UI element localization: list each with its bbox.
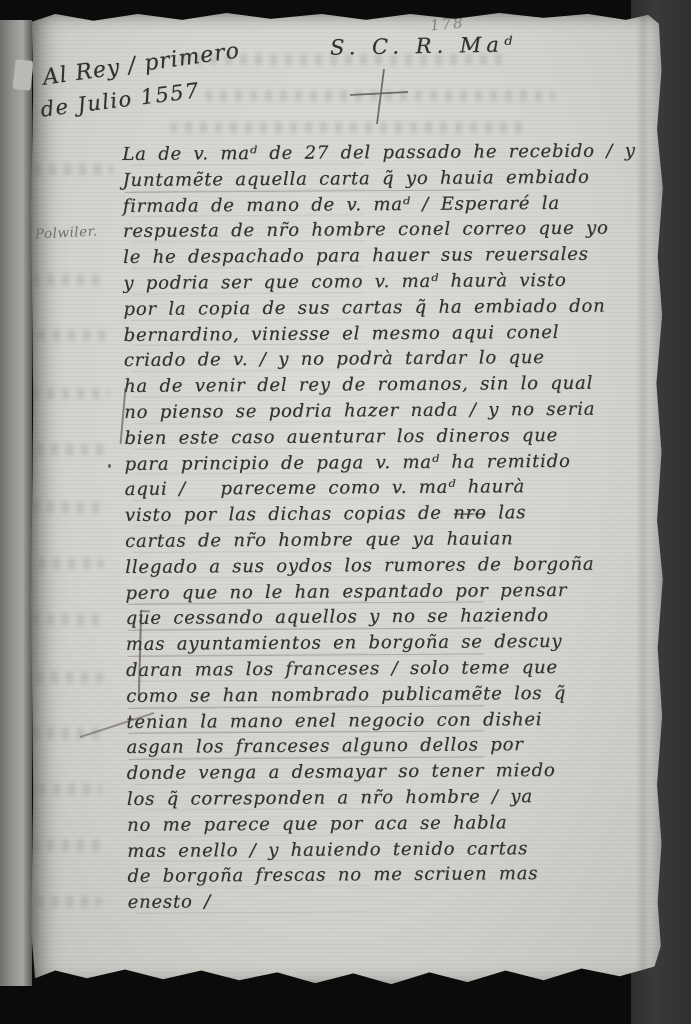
letter-heading: S. C. R. Maᵈ — [330, 32, 518, 59]
manuscript-line: bernardino, viniesse el mesmo aqui conel — [124, 321, 680, 351]
manuscript-line: como se han nombrado publicamẽte los q̃ — [126, 682, 682, 712]
manuscript-line: criado de v. / y no podrà tardar lo que — [124, 346, 680, 376]
manuscript-line: tenian la mano enel negocio con dishei — [126, 708, 682, 738]
manuscript-line: enesto / — [128, 888, 684, 918]
manuscript-line: ha de venir del rey de romanos, sin lo q… — [124, 372, 680, 402]
manuscript-line: llegado a sus oydos los rumores de borgo… — [125, 553, 681, 583]
address-note-line-1: Al Rey / primero — [41, 38, 241, 90]
margin-note-polwiler: Polwiler. — [35, 223, 99, 242]
manuscript-line: Juntamẽte aquella carta q̃ yo hauia embi… — [122, 166, 678, 196]
folio-number: 178 — [429, 14, 465, 35]
cross-mark — [348, 68, 410, 126]
manuscript-line: no pienso se podria hazer nada / y no se… — [124, 398, 680, 428]
manuscript-line: bien este caso auenturar los dineros que — [124, 424, 680, 454]
manuscript-line: cartas de nr̃o hombre que ya hauian — [125, 527, 681, 557]
manuscript-photo: 178 S. C. R. Maᵈ Al Rey / primero de Jul… — [0, 0, 691, 1024]
letter-body: La de v. maᵈ de 27 del passado he recebi… — [122, 140, 683, 918]
manuscript-line: pero que no le han espantado por pensar — [125, 579, 681, 609]
book-gutter-page-edge — [0, 20, 32, 986]
manuscript-line: de borgoña frescas no me scriuen mas — [127, 862, 683, 892]
manuscript-line: los q̃ corresponden a nr̃o hombre / ya — [127, 785, 683, 815]
manuscript-page: 178 S. C. R. Maᵈ Al Rey / primero de Jul… — [30, 12, 664, 990]
manuscript-line: le he despachado para hauer sus reuersal… — [123, 243, 679, 273]
page-edge-notch — [12, 59, 33, 91]
manuscript-line: para principio de paga v. maᵈ ha remitid… — [124, 450, 680, 480]
manuscript-line: asgan los franceses alguno dellos por — [126, 733, 682, 763]
manuscript-line: aqui / pareceme como v. maᵈ haurà — [125, 475, 681, 505]
manuscript-line: no me parece que por aca se habla — [127, 811, 683, 841]
ink-dot-mark — [108, 464, 111, 468]
manuscript-line: firmada de mano de v. maᵈ / Esperaré la — [123, 192, 679, 222]
manuscript-line: respuesta de nr̃o hombre conel correo qu… — [123, 217, 679, 247]
manuscript-line: mas enello / y hauiendo tenido cartas — [127, 837, 683, 867]
manuscript-line: mas ayuntamientos en borgoña se descuy — [126, 630, 682, 660]
manuscript-line: daran mas los franceses / solo teme que — [126, 656, 682, 686]
manuscript-line: por la copia de sus cartas q̃ ha embiado… — [123, 295, 679, 325]
manuscript-line: visto por las dichas copias de n̶r̶o̶ la… — [125, 501, 681, 531]
manuscript-line: y podria ser que como v. maᵈ haurà visto — [123, 269, 679, 299]
manuscript-line: La de v. maᵈ de 27 del passado he recebi… — [122, 140, 678, 170]
manuscript-line: donde venga a desmayar so tener miedo — [127, 759, 683, 789]
manuscript-line: que cessando aquellos y no se haziendo — [126, 604, 682, 634]
